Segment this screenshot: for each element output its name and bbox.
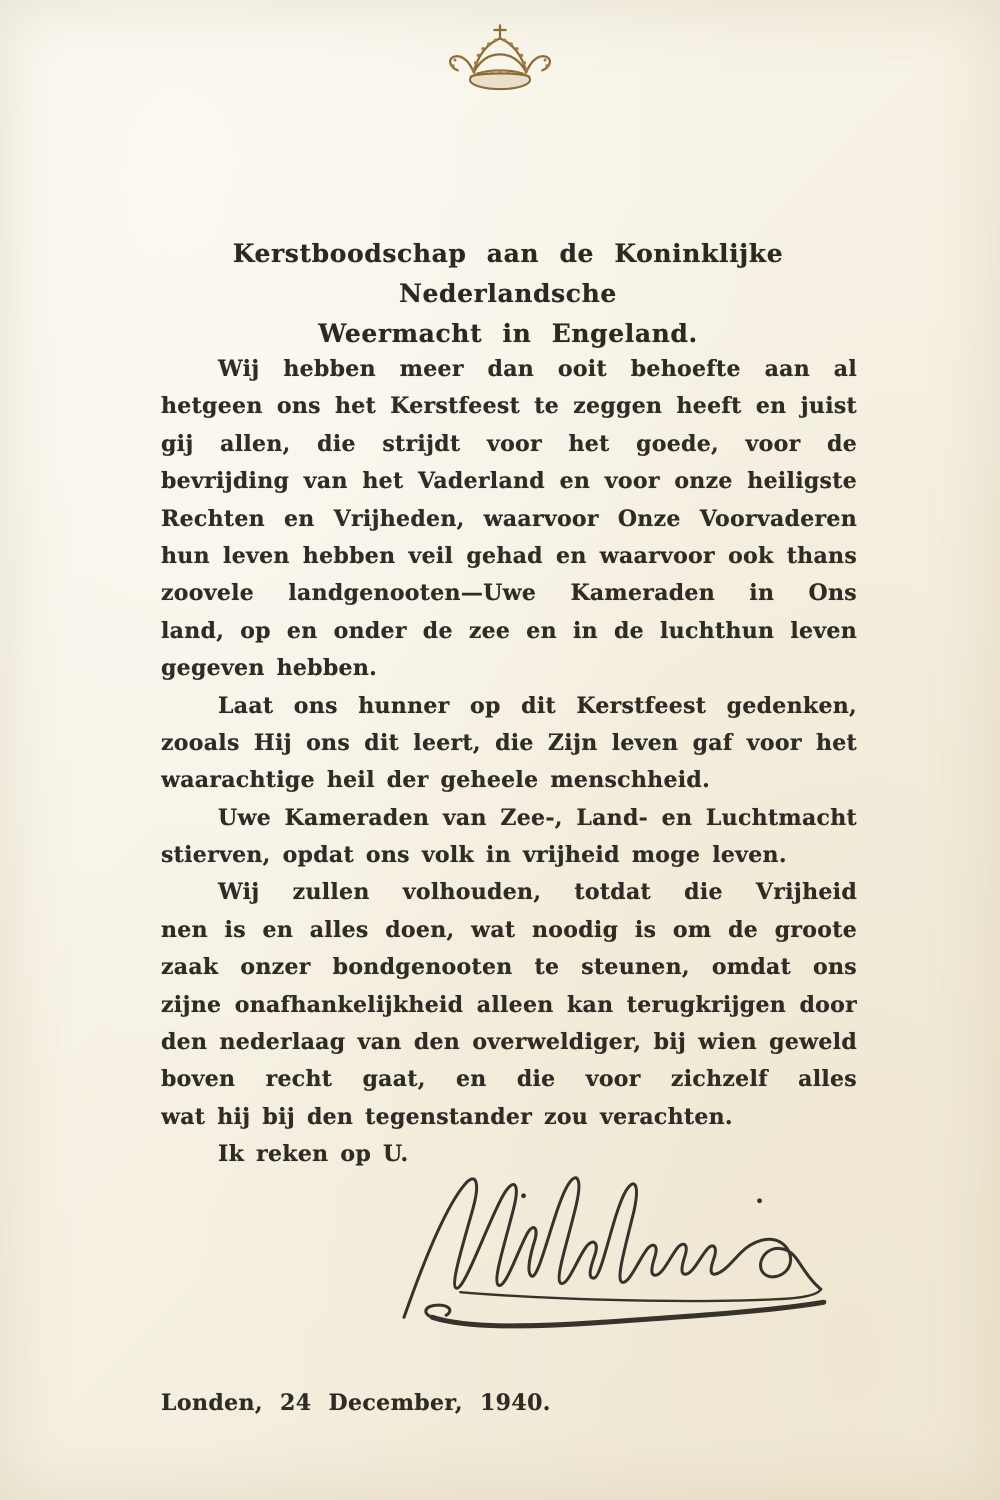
title-line-2: Weermacht in Engeland.: [152, 314, 864, 354]
text-line: boven recht gaat, en die voor zichzelf a…: [161, 1061, 857, 1098]
text-line: hetgeen ons het Kerstfeest te zeggen hee…: [161, 388, 857, 425]
text-line: Uwe Kameraden van Zee-, Land- en Luchtma…: [161, 800, 857, 837]
text-line: zijne onafhankelijkheid alleen kan terug…: [161, 987, 857, 1024]
text-line: bevrijding van het Vaderland en voor onz…: [161, 463, 857, 500]
text-line: nen is en alles doen, wat noodig is om d…: [161, 912, 857, 949]
text-line: waarachtige heil der geheele menschheid.: [161, 762, 857, 799]
text-line: stierven, opdat ons volk in vrijheid mog…: [161, 837, 857, 874]
paragraph: Uwe Kameraden van Zee-, Land- en Luchtma…: [161, 800, 857, 875]
text-line: zoovele landgenooten—Uwe Kameraden in On…: [161, 575, 857, 612]
signature: [396, 1148, 868, 1350]
letter-body: Wij hebben meer dan ooit behoefte aan al…: [161, 351, 857, 1174]
text-line: hun leven hebben veil gehad en waarvoor …: [161, 538, 857, 575]
royal-crown-icon: [439, 20, 561, 102]
text-line: zooals Hij ons dit leert, die Zijn leven…: [161, 725, 857, 762]
text-line: land, op en onder de zee en in de luchth…: [161, 613, 857, 650]
letter-page: Kerstboodschap aan de Koninklijke Nederl…: [0, 0, 1000, 1500]
text-line: Wij zullen volhouden, totdat die Vrijhei…: [161, 874, 857, 911]
text-line: den nederlaag van den overweldiger, bij …: [161, 1024, 857, 1061]
dateline: Londen, 24 December, 1940.: [161, 1390, 551, 1416]
crown-svg: [439, 20, 561, 102]
letter-title: Kerstboodschap aan de Koninklijke Nederl…: [152, 234, 864, 354]
text-line: Rechten en Vrijheden, waarvoor Onze Voor…: [161, 501, 857, 538]
paragraph: Wij hebben meer dan ooit behoefte aan al…: [161, 351, 857, 688]
text-line: gegeven hebben.: [161, 650, 857, 687]
text-line: gij allen, die strijdt voor het goede, v…: [161, 426, 857, 463]
text-line: wat hij bij den tegenstander zou veracht…: [161, 1099, 857, 1136]
signature-svg: [396, 1148, 868, 1350]
text-line: Laat ons hunner op dit Kerstfeest gedenk…: [161, 688, 857, 725]
title-line-1: Kerstboodschap aan de Koninklijke Nederl…: [152, 234, 864, 314]
paragraph: Wij zullen volhouden, totdat die Vrijhei…: [161, 874, 857, 1136]
text-line: zaak onzer bondgenooten te steunen, omda…: [161, 949, 857, 986]
paragraph: Laat ons hunner op dit Kerstfeest gedenk…: [161, 688, 857, 800]
text-line: Wij hebben meer dan ooit behoefte aan al: [161, 351, 857, 388]
